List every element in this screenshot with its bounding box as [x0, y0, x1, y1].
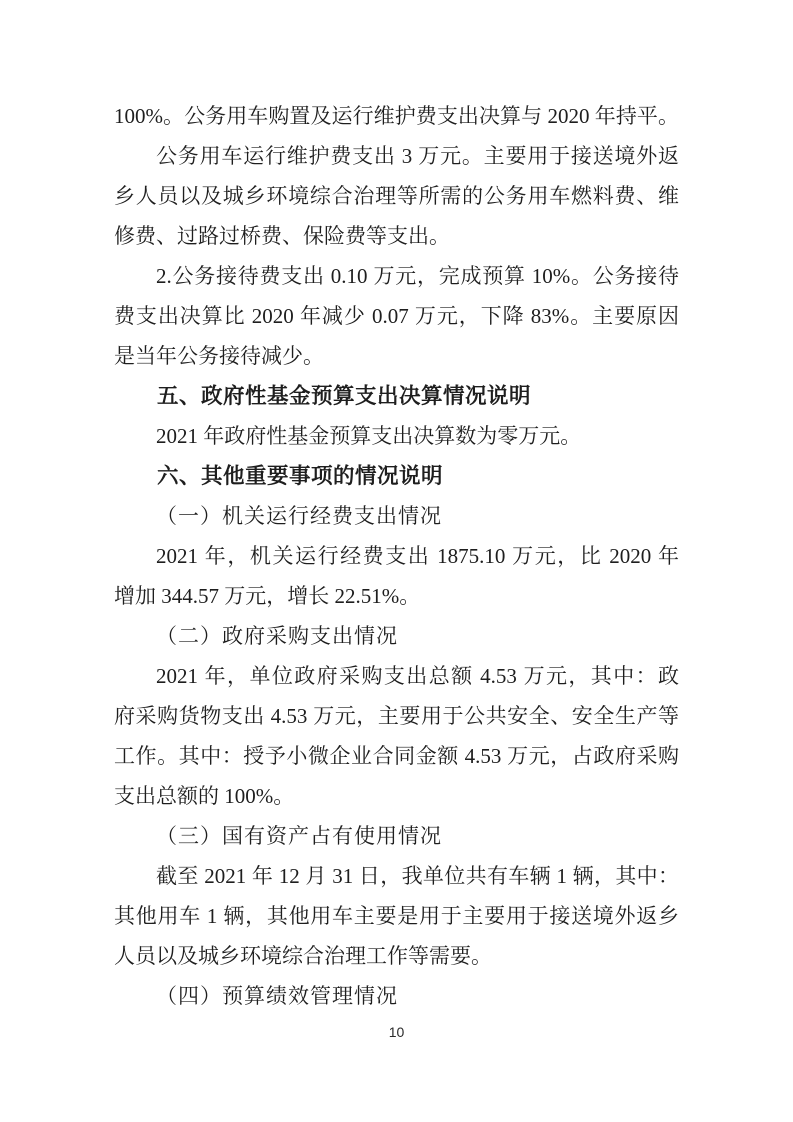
paragraph-line: 工作。其中：授予小微企业合同金额 4.53 万元，占政府采购: [114, 736, 679, 776]
subsection-heading: （四）预算绩效管理情况: [114, 976, 679, 1016]
document-page: 100%。公务用车购置及运行维护费支出决算与 2020 年持平。 公务用车运行维…: [0, 0, 793, 1122]
paragraph-line: 人员以及城乡环境综合治理工作等需要。: [114, 936, 679, 976]
paragraph-line: 2.公务接待费支出 0.10 万元，完成预算 10%。公务接待: [114, 256, 679, 296]
paragraph-line: 费支出决算比 2020 年减少 0.07 万元，下降 83%。主要原因: [114, 296, 679, 336]
paragraph-line: 截至 2021 年 12 月 31 日，我单位共有车辆 1 辆，其中：: [114, 856, 679, 896]
subsection-heading: （一）机关运行经费支出情况: [114, 496, 679, 536]
paragraph-line: 公务用车运行维护费支出 3 万元。主要用于接送境外返: [114, 136, 679, 176]
page-number: 10: [0, 1024, 793, 1040]
subsection-heading: （二）政府采购支出情况: [114, 616, 679, 656]
subsection-heading: （三）国有资产占有使用情况: [114, 816, 679, 856]
paragraph-line: 增加 344.57 万元，增长 22.51%。: [114, 576, 679, 616]
document-body: 100%。公务用车购置及运行维护费支出决算与 2020 年持平。 公务用车运行维…: [114, 96, 679, 1016]
paragraph-line: 2021 年，单位政府采购支出总额 4.53 万元，其中：政: [114, 656, 679, 696]
paragraph-line: 100%。公务用车购置及运行维护费支出决算与 2020 年持平。: [114, 96, 679, 136]
paragraph-line: 府采购货物支出 4.53 万元，主要用于公共安全、安全生产等: [114, 696, 679, 736]
paragraph-line: 其他用车 1 辆，其他用车主要是用于主要用于接送境外返乡: [114, 896, 679, 936]
paragraph-line: 修费、过路过桥费、保险费等支出。: [114, 216, 679, 256]
paragraph-line: 2021 年政府性基金预算支出决算数为零万元。: [114, 416, 679, 456]
section-heading: 五、政府性基金预算支出决算情况说明: [114, 376, 679, 416]
paragraph-line: 是当年公务接待减少。: [114, 336, 679, 376]
paragraph-line: 乡人员以及城乡环境综合治理等所需的公务用车燃料费、维: [114, 176, 679, 216]
section-heading: 六、其他重要事项的情况说明: [114, 456, 679, 496]
paragraph-line: 2021 年，机关运行经费支出 1875.10 万元，比 2020 年: [114, 536, 679, 576]
paragraph-line: 支出总额的 100%。: [114, 776, 679, 816]
